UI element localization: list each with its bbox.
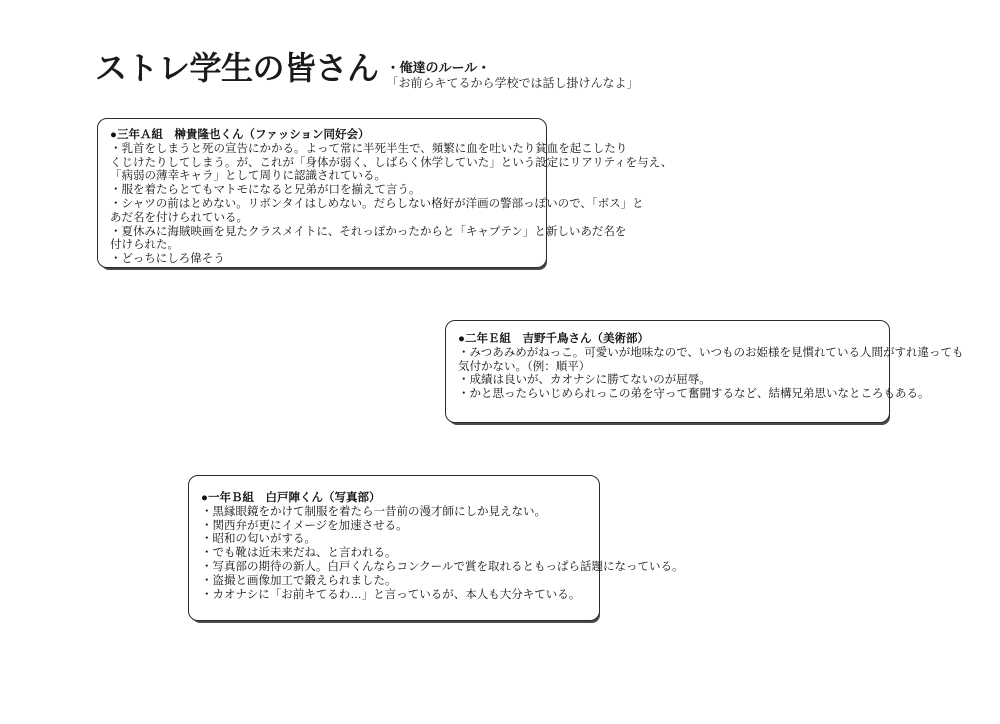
subtitle-rule-quote: 「お前らキてるから学校では話し掛けんなよ」	[387, 76, 639, 91]
profile-line: ・写真部の期待の新人。白戸くんならコンクールで賞を取れるともっぱら話題になってい…	[201, 561, 587, 575]
profile-line: ・どっちにしろ偉そう	[110, 253, 534, 267]
student-box-header: ●三年Ａ組 榊貴隆也くん（ファッション同好会）	[110, 129, 534, 143]
profile-line: あだ名を付けられている。	[110, 212, 534, 226]
student-box-header: ●二年Ｅ組 吉野千鳥さん（美術部）	[458, 333, 877, 347]
page-title: ストレ学生の皆さん	[95, 48, 379, 88]
profile-line: ・みつあみめがねっこ。可愛いが地味なので、いつものお姫様を見慣れている人間がすれ…	[458, 347, 877, 361]
profile-line: ・黒縁眼鏡をかけて制服を着たら一昔前の漫才師にしか見えない。	[201, 506, 587, 520]
document-page: ストレ学生の皆さん ・俺達のルール・ 「お前らキてるから学校では話し掛けんなよ」…	[0, 0, 1000, 724]
student-box-header: ●一年Ｂ組 白戸陣くん（写真部）	[201, 492, 587, 506]
profile-line: 付けられた。	[110, 239, 534, 253]
title-block: ストレ学生の皆さん ・俺達のルール・ 「お前らキてるから学校では話し掛けんなよ」	[95, 48, 639, 91]
page-subtitle: ・俺達のルール・ 「お前らキてるから学校では話し掛けんなよ」	[387, 60, 639, 91]
profile-line: ・夏休みに海賊映画を見たクラスメイトに、それっぽかったからと「キャプテン」と新し…	[110, 226, 534, 240]
student-box-1b: ●一年Ｂ組 白戸陣くん（写真部） ・黒縁眼鏡をかけて制服を着たら一昔前の漫才師に…	[188, 475, 600, 621]
profile-line: 気付かない。（例：順平）	[458, 361, 877, 375]
profile-line: ・シャツの前はとめない。リボンタイはしめない。だらしない格好が洋画の警部っぽいの…	[110, 198, 534, 212]
profile-line: ・乳首をしまうと死の宣告にかかる。よって常に半死半生で、頻繁に血を吐いたり貧血を…	[110, 143, 534, 157]
student-box-3a: ●三年Ａ組 榊貴隆也くん（ファッション同好会） ・乳首をしまうと死の宣告にかかる…	[97, 118, 547, 268]
profile-line: ・服を着たらとてもマトモになると兄弟が口を揃えて言う。	[110, 184, 534, 198]
profile-line: ・かと思ったらいじめられっこの弟を守って奮闘するなど、結構兄弟思いなところもある…	[458, 388, 877, 402]
profile-line: ・成績は良いが、カオナシに勝てないのが屈辱。	[458, 374, 877, 388]
profile-line: ・カオナシに「お前キてるわ…」と言っているが、本人も大分キている。	[201, 589, 587, 603]
profile-line: ・昭和の匂いがする。	[201, 533, 587, 547]
subtitle-rule-label: ・俺達のルール・	[387, 60, 639, 76]
profile-line: ・関西弁が更にイメージを加速させる。	[201, 520, 587, 534]
student-box-2e: ●二年Ｅ組 吉野千鳥さん（美術部） ・みつあみめがねっこ。可愛いが地味なので、い…	[445, 320, 890, 423]
profile-line: ・盗撮と画像加工で鍛えられました。	[201, 575, 587, 589]
profile-line: ・でも靴は近未来だね、と言われる。	[201, 547, 587, 561]
profile-line: 「病弱の薄幸キャラ」として周りに認識されている。	[110, 170, 534, 184]
profile-line: くじけたりしてしまう。が、これが「身体が弱く、しばらく休学していた」という設定に…	[110, 157, 534, 171]
